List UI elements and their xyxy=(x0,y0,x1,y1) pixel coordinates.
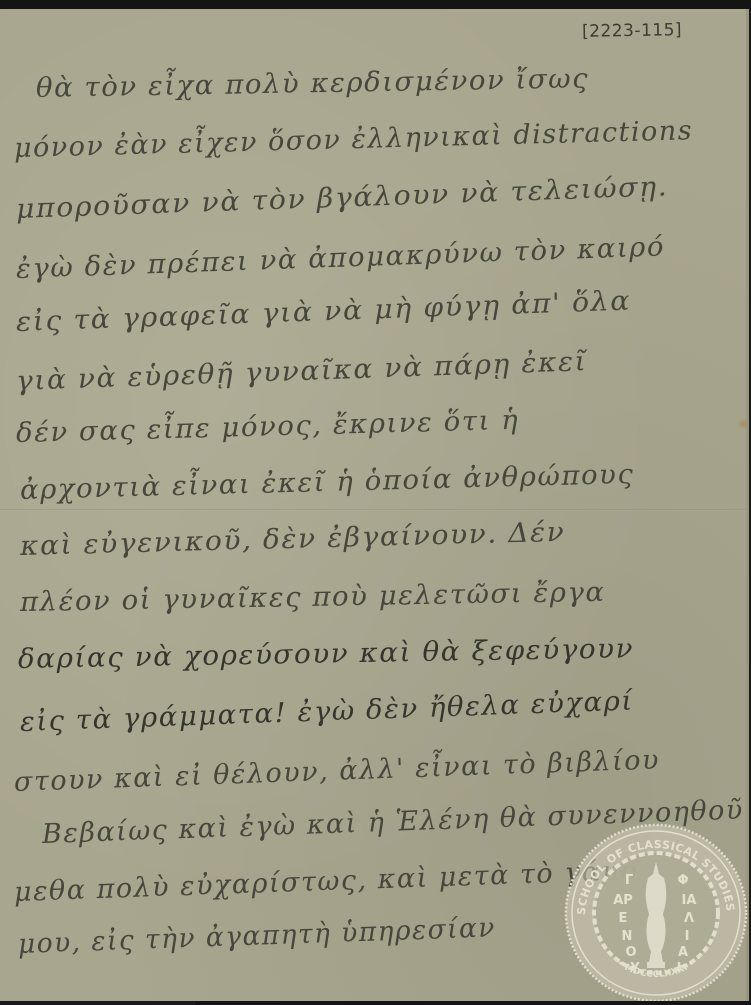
paper-fold-line xyxy=(0,509,749,511)
handwritten-line-7: δέν σας εἶπε μόνος, ἔκρινε ὅτι ἡ xyxy=(16,405,520,449)
handwritten-line-4: ἐγὼ δὲν πρέπει νὰ ἀπομακρύνω τὸν καιρό xyxy=(15,231,665,285)
archive-reference-number: [2223-115] xyxy=(582,20,682,42)
handwritten-line-3: μποροῦσαν νὰ τὸν βγάλουν νὰ τελειώσῃ. xyxy=(15,171,668,225)
svg-text:Ε: Ε xyxy=(619,911,628,926)
svg-text:Υ: Υ xyxy=(629,961,640,976)
handwritten-line-10: πλέον οἱ γυναῖκες ποὺ μελετῶσι ἔργα xyxy=(20,577,606,618)
handwritten-line-6: γιὰ νὰ εὑρεθῇ γυναῖκα νὰ πάρῃ ἐκεῖ xyxy=(15,346,587,397)
svg-text:Φ: Φ xyxy=(677,873,688,888)
handwritten-line-9: καὶ εὐγενικοῦ, δὲν ἐβγαίνουν. Δέν xyxy=(20,517,566,562)
svg-text:Α: Α xyxy=(678,945,688,960)
svg-text:ΙΑ: ΙΑ xyxy=(682,893,697,908)
handwritten-line-8: ἀρχοντιὰ εἶναι ἐκεῖ ἡ ὁποία ἀνθρώπους xyxy=(20,459,635,506)
handwritten-line-16: μου, εἰς τὴν ἀγαπητὴ ὑπηρεσίαν xyxy=(17,912,496,960)
svg-text:Ι: Ι xyxy=(677,961,682,976)
handwritten-line-2: μόνον ἐὰν εἶχεν ὅσον ἐλληνικαὶ distracti… xyxy=(14,115,694,164)
document-scan: [2223-115] θὰ τὸν εἶχα πολὺ κερδισμένον … xyxy=(0,0,751,1005)
handwritten-line-15: μεθα πολὺ εὐχαρίστως, καὶ μετὰ τὸ γάμο xyxy=(13,855,638,908)
svg-text:Ι: Ι xyxy=(685,929,690,944)
svg-text:ΑΡ: ΑΡ xyxy=(613,893,633,908)
handwritten-line-12: εἰς τὰ γράμματα! ἐγὼ δὲν ἤθελα εὐχαρί xyxy=(19,686,634,738)
svg-text:Ο: Ο xyxy=(625,945,636,960)
handwritten-line-5: εἰς τὰ γραφεῖα γιὰ νὰ μὴ φύγῃ ἀπ' ὅλα xyxy=(15,286,631,338)
library-seal-stamp: AMERICAN SCHOOL OF CLASSICAL STUDIES AT … xyxy=(563,822,749,1004)
handwritten-line-11: δαρίας νὰ χορεύσουν καὶ θὰ ξεφεύγουν xyxy=(18,633,635,675)
svg-text:Ν: Ν xyxy=(622,929,633,944)
svg-text:Λ: Λ xyxy=(684,911,694,926)
handwritten-line-1: θὰ τὸν εἶχα πολὺ κερδισμένον ἴσως xyxy=(36,63,590,104)
scan-bottom-border xyxy=(195,1001,751,1005)
paper-stain xyxy=(738,417,748,431)
handwritten-line-13: στουν καὶ εἰ θέλουν, ἀλλ' εἶναι τὸ βιβλί… xyxy=(13,744,660,798)
svg-text:Γ: Γ xyxy=(625,873,633,888)
scan-top-border xyxy=(0,0,751,9)
